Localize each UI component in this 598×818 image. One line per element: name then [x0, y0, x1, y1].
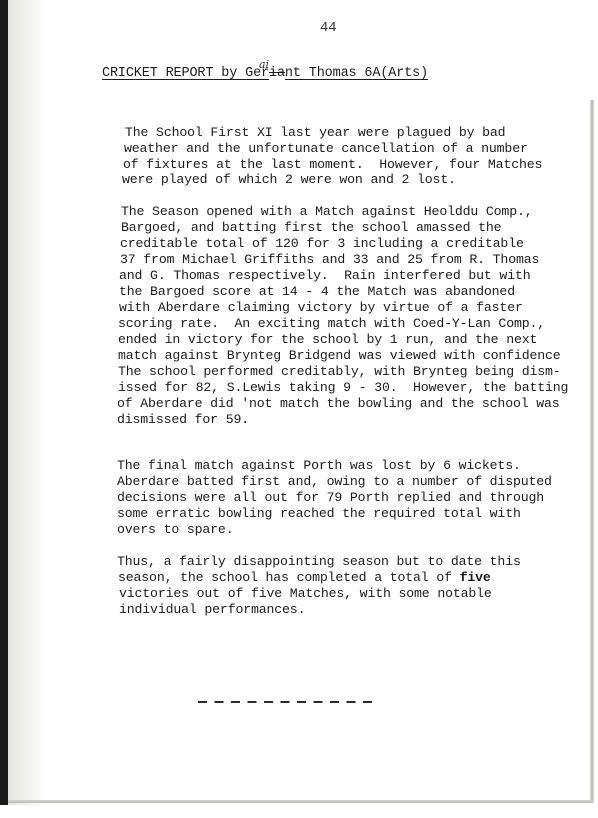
paragraph-line: The final match against Porth was lost b…: [117, 458, 521, 474]
paragraph-line: decisions were all out for 79 Porth repl…: [117, 490, 544, 506]
author-struck-letters: ia: [269, 66, 285, 81]
handwritten-correction: ai: [259, 58, 269, 71]
paragraph-line: The Season opened with a Match against H…: [121, 204, 532, 220]
paragraph-line: Aberdare batted first and, owing to a nu…: [117, 474, 552, 490]
paragraph-line: victories out of five Matches, with some…: [119, 586, 492, 602]
paragraph-line: dismissed for 59.: [117, 412, 249, 428]
paper-right-edge: [590, 100, 594, 803]
paragraph-line: some erratic bowling reached the require…: [117, 506, 521, 522]
paragraph-line: The school performed creditably, with Br…: [118, 364, 561, 380]
page-number: 44: [320, 20, 337, 36]
title-heading: CRICKET REPORT: [102, 66, 213, 81]
paragraph-line: overs to spare.: [117, 522, 233, 538]
paragraph-line-with-bold: season, the school has completed a total…: [118, 570, 491, 586]
paragraph-line: match against Brynteg Bridgend was viewe…: [118, 348, 561, 364]
paragraph-line: of fixtures at the last moment. However,…: [123, 157, 542, 173]
paragraph-line-text: season, the school has completed a total…: [118, 570, 460, 585]
emphasised-word: five: [460, 570, 491, 585]
paragraph-line: were played of which 2 were won and 2 lo…: [122, 172, 456, 188]
title-by: by: [213, 66, 245, 81]
paragraph-line: Bargoed, and batting first the school am…: [121, 220, 501, 236]
end-of-report-dash-rule: [198, 701, 376, 703]
paragraph-line: scoring rate. An exciting match with Coe…: [118, 316, 545, 332]
scan-shadow-left: [0, 0, 8, 805]
paragraph-line: of Aberdare did 'not match the bowling a…: [117, 396, 560, 412]
paragraph-line: and G. Thomas respectively. Rain interfe…: [119, 268, 530, 284]
paragraph-line: issed for 82, S.Lewis taking 9 - 30. How…: [118, 380, 568, 396]
paragraph-line: weather and the unfortunate cancellation…: [124, 141, 528, 157]
paragraph-line: with Aberdare claiming victory by virtue…: [119, 300, 523, 316]
author-suffix: nt Thomas 6A(Arts): [285, 66, 428, 81]
paragraph-line: individual performances.: [119, 602, 305, 618]
paragraph-line: Thus, a fairly disappointing season but …: [117, 554, 521, 570]
paragraph-line: creditable total of 120 for 3 including …: [120, 236, 524, 252]
paragraph-line: 37 from Michael Griffiths and 33 and 25 …: [120, 252, 539, 268]
paragraph-line: ended in victory for the school by 1 run…: [118, 332, 537, 348]
paragraph-line: The School First XI last year were plagu…: [125, 125, 505, 141]
paragraph-line: the Bargoed score at 14 - 4 the Match wa…: [119, 284, 515, 300]
